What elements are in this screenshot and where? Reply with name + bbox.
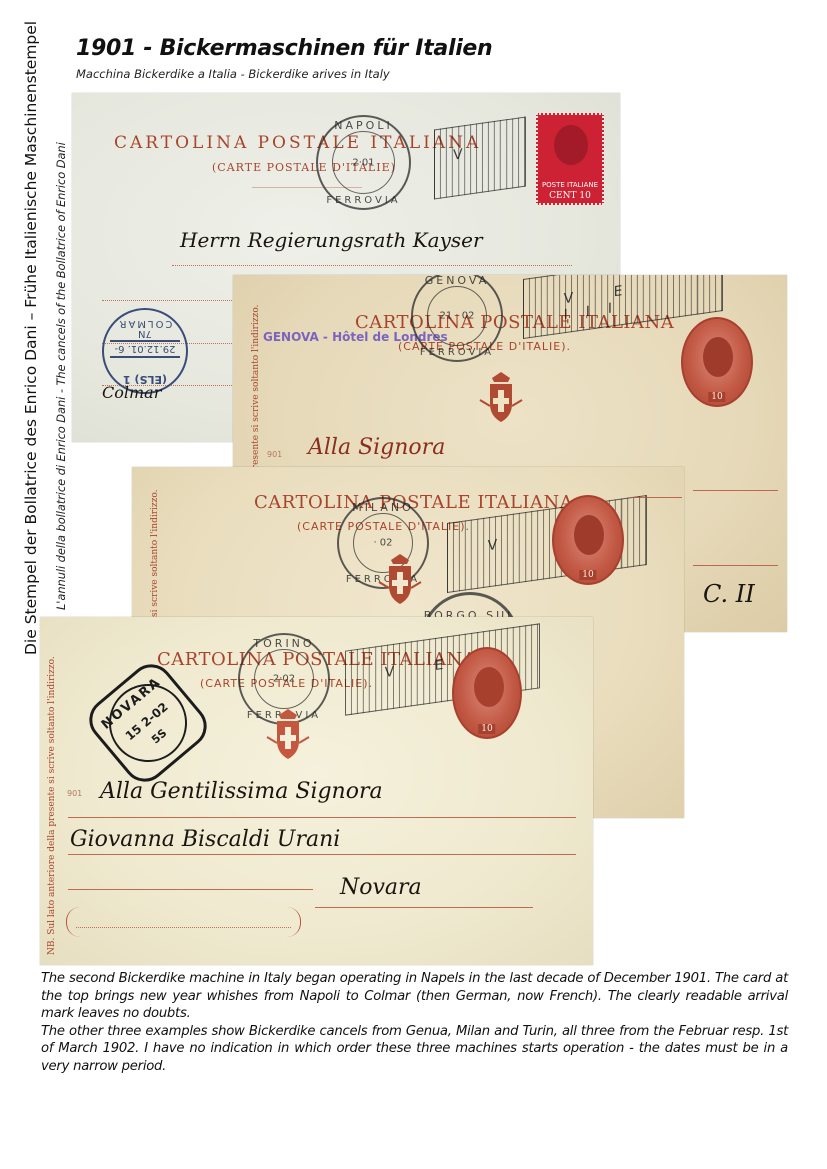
card-heading: CARTOLINA POSTALE ITALIANA xyxy=(114,133,481,153)
flag-letters: V E xyxy=(385,654,462,681)
coat-of-arms-icon xyxy=(377,552,423,608)
print-code: 901 xyxy=(267,450,282,459)
stamp-portrait-icon xyxy=(703,337,733,377)
coat-of-arms-icon xyxy=(478,370,524,426)
handwritten-address-line-3: Novara xyxy=(340,875,422,900)
handwritten-city: Colmar xyxy=(102,383,161,402)
stamp-portrait-icon xyxy=(574,515,604,555)
address-line xyxy=(693,565,778,566)
postmark-date: 21 · 02 xyxy=(413,311,501,322)
address-line xyxy=(315,907,533,908)
stamp-portrait-icon xyxy=(554,125,588,165)
paragraph-1: The second Bickerdike machine in Italy b… xyxy=(41,970,788,1023)
address-line xyxy=(68,889,313,890)
address-line xyxy=(68,817,576,818)
imprinted-stamp: 10 xyxy=(452,647,522,739)
postcard-torino: NB. Sul lato anteriore della presente si… xyxy=(40,617,593,965)
arrival-mark-city: COLMAR xyxy=(104,318,186,329)
address-line xyxy=(76,927,291,928)
postmark-date: · 02 xyxy=(339,538,427,549)
postmark-city: GENOVA xyxy=(413,275,501,287)
handwritten-address-line-1: Alla Gentilissima Signora xyxy=(100,779,383,804)
coat-of-arms-icon xyxy=(265,707,311,763)
parenthesis-box xyxy=(66,907,301,937)
address-line xyxy=(102,300,232,301)
print-code: 901 xyxy=(67,789,82,798)
handwritten-address-line-2: Giovanna Biscaldi Urani xyxy=(70,827,340,852)
side-note: presente si scrive soltanto l'indirizzo. xyxy=(251,305,261,475)
postmark-city: TORINO xyxy=(240,637,328,650)
page-subtitle: Macchina Bickerdike a Italia - Bickerdik… xyxy=(76,67,390,81)
postmark-bottom: FERROVIA xyxy=(318,195,409,206)
page-title: 1901 - Bickermaschinen für Italien xyxy=(76,36,492,61)
genova-postmark: GENOVA 21 · 02 FERROVIA xyxy=(411,275,503,362)
postmark-city: NAPOLI xyxy=(318,119,409,132)
imprinted-stamp: 10 xyxy=(552,495,624,585)
stamp-value: 10 xyxy=(708,392,725,402)
bickerdike-flag-cancel: V xyxy=(434,117,526,200)
address-line xyxy=(172,265,572,266)
stamp-portrait-icon xyxy=(474,667,504,707)
address-line xyxy=(68,854,576,855)
side-note: si scrive soltanto l'indirizzo. xyxy=(150,489,160,617)
handwritten-address: Alla Signora xyxy=(308,435,445,460)
stamp-value: 10 xyxy=(579,570,596,580)
handwritten-address: Herrn Regierungsrath Kayser xyxy=(180,228,483,252)
description-text: The second Bickerdike machine in Italy b… xyxy=(41,970,788,1076)
address-line xyxy=(632,497,682,498)
napoli-postmark: NAPOLI 2·01 FERROVIA xyxy=(316,115,411,210)
flag-letters: V xyxy=(453,144,481,164)
postmark-date: 2·01 xyxy=(318,157,409,168)
side-subtitle: L'annuli della bollatrice di Enrico Dani… xyxy=(54,142,68,610)
paragraph-2: The other three examples show Bickerdike… xyxy=(41,1023,788,1076)
postage-stamp: POSTE ITALIANE CENT 10 xyxy=(536,113,604,205)
postmark-bottom: FERROVIA xyxy=(413,347,501,358)
handwritten-address: C. II xyxy=(703,580,755,608)
postmark-city: MILANO xyxy=(339,501,427,514)
address-line xyxy=(693,490,778,491)
stamp-value: CENT 10 xyxy=(538,191,602,201)
stamp-label: POSTE ITALIANE xyxy=(538,181,602,189)
stamp-value: 10 xyxy=(478,724,495,734)
colmar-arrival-postmark: (ELS) 1 29.12.01. 6-7N COLMAR xyxy=(102,308,188,394)
flag-letters: V xyxy=(488,535,516,555)
side-note: NB. Sul lato anteriore della presente si… xyxy=(47,656,57,955)
arrival-mark-date: 29.12.01. 6-7N xyxy=(110,340,180,358)
side-title: Die Stempel der Bollatrice des Enrico Da… xyxy=(22,21,40,655)
imprinted-stamp: 10 xyxy=(681,317,753,407)
postmark-date: 2·02 xyxy=(240,674,328,685)
